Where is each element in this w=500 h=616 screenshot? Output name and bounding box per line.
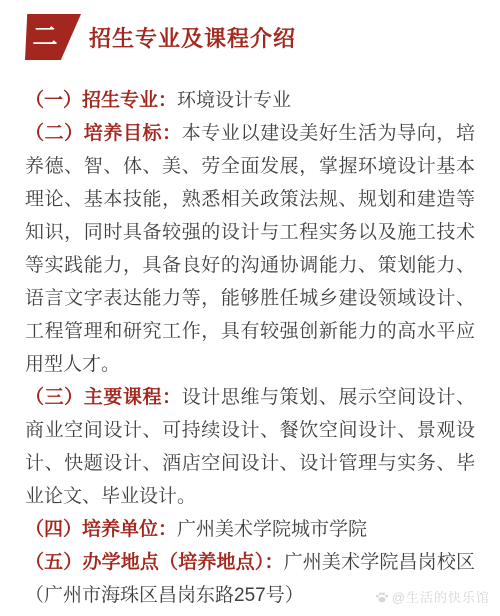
paw-icon bbox=[375, 590, 389, 604]
page-title: 招生专业及课程介绍 bbox=[89, 22, 296, 53]
section-item-main-courses: （三）主要课程：设计思维与策划、展示空间设计、商业空间设计、可持续设计、餐饮空间… bbox=[25, 381, 475, 513]
section-item-enrollment-major: （一）招生专业：环境设计专业 bbox=[25, 84, 475, 117]
section-label: （四）培养单位： bbox=[25, 519, 177, 540]
section-label: （五）办学地点（培养地点）： bbox=[25, 552, 284, 573]
section-header: 二 招生专业及课程介绍 bbox=[0, 0, 500, 60]
content: （一）招生专业：环境设计专业 （二）培养目标：本专业以建设美好生活为导向，培养德… bbox=[25, 84, 475, 612]
section-number-badge: 二 bbox=[25, 14, 81, 60]
section-item-training-goal: （二）培养目标：本专业以建设美好生活为导向，培养德、智、体、美、劳全面发展，掌握… bbox=[25, 117, 475, 381]
section-text: 环境设计专业 bbox=[177, 90, 291, 111]
page: 二 招生专业及课程介绍 （一）招生专业：环境设计专业 （二）培养目标：本专业以建… bbox=[0, 0, 500, 616]
section-item-training-unit: （四）培养单位：广州美术学院城市学院 bbox=[25, 513, 475, 546]
section-label: （二）培养目标： bbox=[25, 123, 182, 144]
section-number: 二 bbox=[32, 25, 57, 50]
watermark: @生活的快乐馆 bbox=[375, 587, 490, 606]
watermark-text: @生活的快乐馆 bbox=[392, 587, 490, 606]
section-label: （三）主要课程： bbox=[25, 387, 182, 408]
section-label: （一）招生专业： bbox=[25, 90, 177, 111]
section-text: 本专业以建设美好生活为导向，培养德、智、体、美、劳全面发展，掌握环境设计基本理论… bbox=[25, 123, 475, 375]
section-text: 广州美术学院城市学院 bbox=[177, 519, 367, 540]
